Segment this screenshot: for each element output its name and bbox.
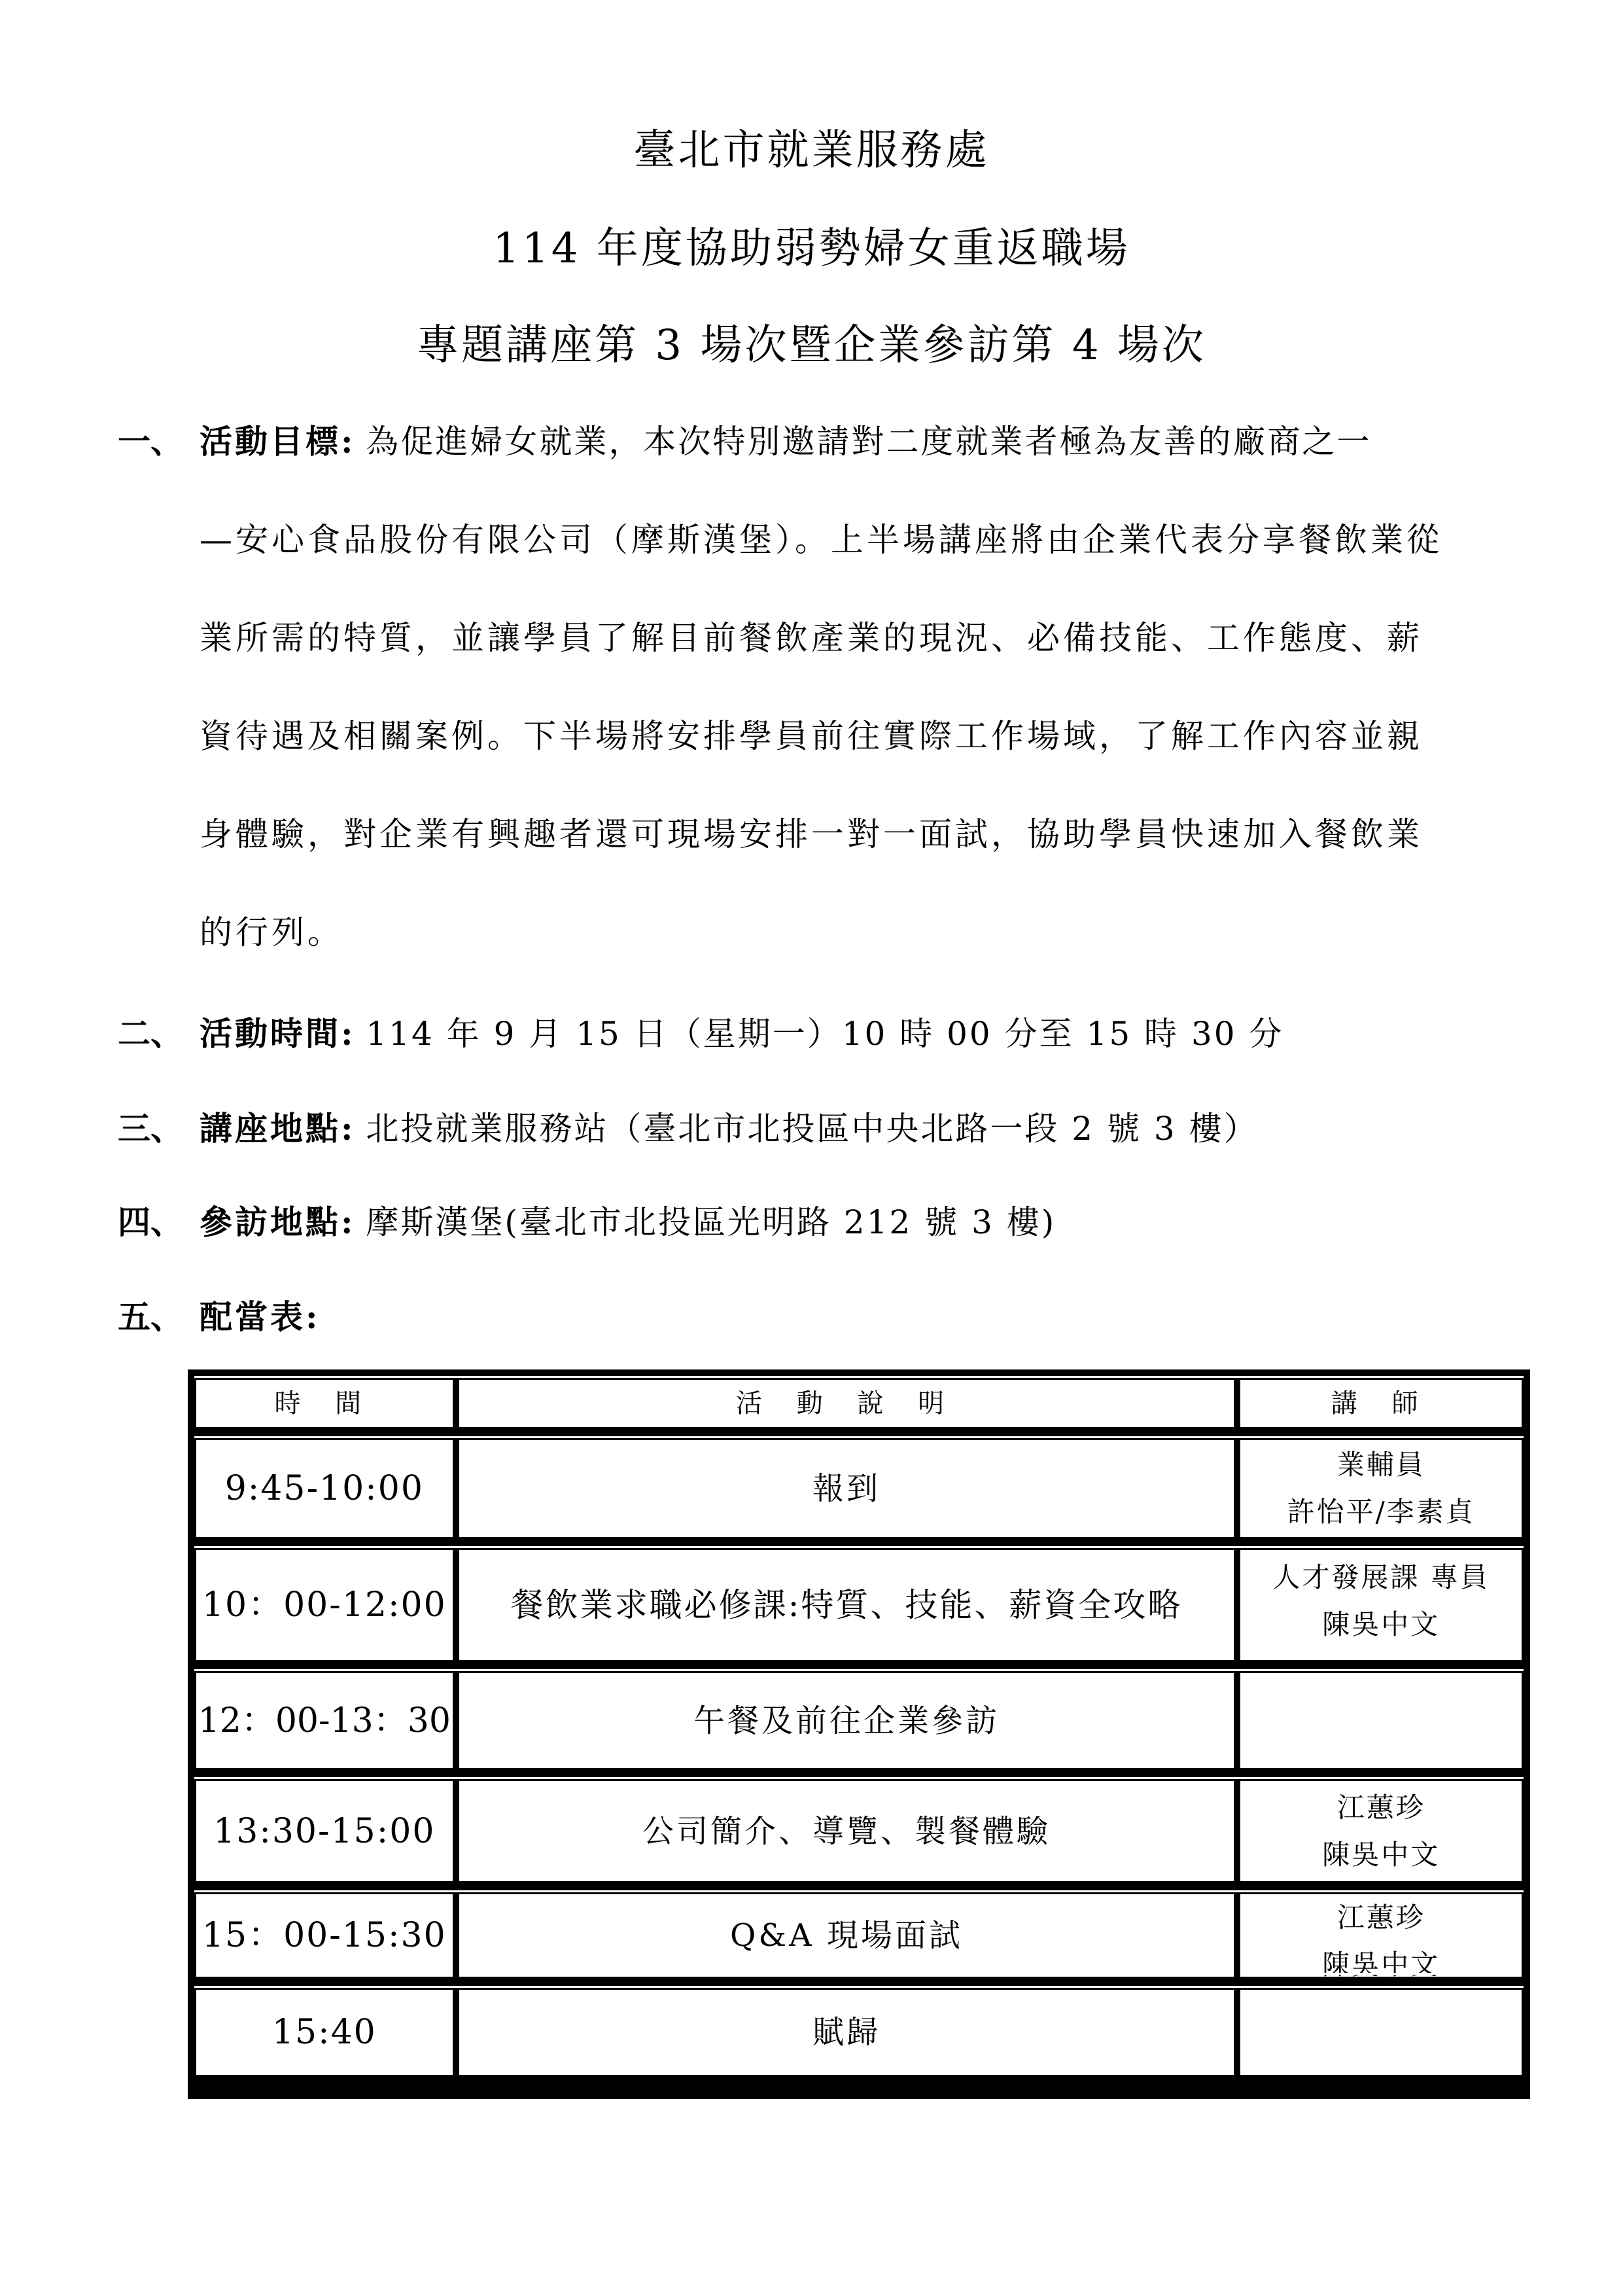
- row-activity: 公司簡介、導覽、製餐體驗: [457, 1779, 1236, 1883]
- section-label: 講座地點:: [200, 1109, 355, 1148]
- event-time-value: 114 年 9 月 15 日（星期一）10 時 00 分至 15 時 30 分: [366, 1015, 1283, 1053]
- header-time: 時 間: [194, 1378, 455, 1429]
- section-label: 活動時間:: [200, 1014, 355, 1053]
- lecturer-line-2: 陳吳中文: [1322, 1831, 1440, 1879]
- lecturer-line-1: 江蕙珍: [1337, 1784, 1425, 1831]
- section-number: 二、: [118, 1011, 200, 1057]
- section-goal: 一、活動目標: 為促進婦女就業，本次特別邀請對二度就業者極為友善的廠商之一: [118, 419, 1371, 465]
- table-row: 9:45-10:00 報到 業輔員 許怡平/李素貞: [194, 1436, 1524, 1548]
- section-schedule: 五、配當表:: [118, 1294, 320, 1340]
- lecture-venue-value: 北投就業服務站（臺北市北投區中央北路一段 2 號 3 樓）: [366, 1110, 1258, 1148]
- org-title: 臺北市就業服務處: [0, 124, 1623, 177]
- row-lecturer: [1238, 1671, 1524, 1770]
- row-time: 15：00-15:30: [194, 1892, 455, 1979]
- row-time: 15:40: [194, 1988, 455, 2077]
- table-row: 15：00-15:30 Q&A 現場面試 江蕙珍 陳吳中文: [194, 1890, 1524, 1988]
- program-title: 114 年度協助弱勢婦女重返職場: [0, 222, 1623, 275]
- goal-line-4: 資待遇及相關案例。下半場將安排學員前往實際工作場域，了解工作內容並親: [200, 713, 1423, 759]
- table-header-row: 時 間 活 動 說 明 講 師: [194, 1376, 1524, 1438]
- row-activity: 報到: [457, 1438, 1236, 1539]
- lecturer-line-2: 陳吳中文: [1322, 1601, 1440, 1648]
- row-time: 9:45-10:00: [194, 1438, 455, 1539]
- schedule-table: 時 間 活 動 說 明 講 師 9:45-10:00 報到 業輔員 許怡平/李素…: [188, 1369, 1530, 2099]
- goal-line-6: 的行列。: [200, 910, 343, 955]
- section-time: 二、活動時間: 114 年 9 月 15 日（星期一）10 時 00 分至 15…: [118, 1011, 1283, 1057]
- row-lecturer: 人才發展課 專員 陳吳中文: [1238, 1548, 1524, 1662]
- lecturer-line-1: 業輔員: [1337, 1441, 1425, 1489]
- row-activity: 賦歸: [457, 1988, 1236, 2077]
- section-label: 活動目標:: [200, 422, 355, 461]
- section-lecture-venue: 三、講座地點: 北投就業服務站（臺北市北投區中央北路一段 2 號 3 樓）: [118, 1106, 1259, 1152]
- row-time: 10：00-12:00: [194, 1548, 455, 1662]
- table-row: 15:40 賦歸: [194, 1986, 1524, 2086]
- event-title: 專題講座第 3 場次暨企業參訪第 4 場次: [0, 319, 1623, 372]
- section-label: 配當表:: [200, 1298, 320, 1336]
- row-lecturer: 業輔員 許怡平/李素貞: [1238, 1438, 1524, 1539]
- visit-venue-value: 摩斯漢堡(臺北市北投區光明路 212 號 3 樓): [366, 1203, 1056, 1241]
- header-activity: 活 動 說 明: [457, 1378, 1236, 1429]
- goal-line-1: 為促進婦女就業，本次特別邀請對二度就業者極為友善的廠商之一: [366, 423, 1371, 461]
- goal-line-5: 身體驗，對企業有興趣者還可現場安排一對一面試，協助學員快速加入餐飲業: [200, 811, 1423, 857]
- table-row: 13:30-15:00 公司簡介、導覽、製餐體驗 江蕙珍 陳吳中文: [194, 1777, 1524, 1892]
- section-number: 三、: [118, 1106, 200, 1152]
- row-lecturer: 江蕙珍 陳吳中文: [1238, 1892, 1524, 1979]
- section-number: 五、: [118, 1294, 200, 1340]
- row-time: 13:30-15:00: [194, 1779, 455, 1883]
- lecturer-line-2: 陳吳中文: [1322, 1941, 1440, 1979]
- lecturer-line-1: 江蕙珍: [1337, 1894, 1425, 1941]
- section-number: 一、: [118, 419, 200, 465]
- lecturer-line-1: 人才發展課 專員: [1273, 1554, 1490, 1601]
- row-time: 12：00-13：30: [194, 1671, 455, 1770]
- section-visit-venue: 四、參訪地點: 摩斯漢堡(臺北市北投區光明路 212 號 3 樓): [118, 1199, 1056, 1245]
- goal-line-3: 業所需的特質，並讓學員了解目前餐飲產業的現況、必備技能、工作態度、薪: [200, 615, 1423, 661]
- row-activity: 午餐及前往企業參訪: [457, 1671, 1236, 1770]
- row-activity: Q&A 現場面試: [457, 1892, 1236, 1979]
- table-row: 12：00-13：30 午餐及前往企業參訪: [194, 1669, 1524, 1779]
- row-activity: 餐飲業求職必修課:特質、技能、薪資全攻略: [457, 1548, 1236, 1662]
- section-number: 四、: [118, 1199, 200, 1245]
- row-lecturer: 江蕙珍 陳吳中文: [1238, 1779, 1524, 1883]
- table-row: 10：00-12:00 餐飲業求職必修課:特質、技能、薪資全攻略 人才發展課 專…: [194, 1546, 1524, 1671]
- lecturer-line-2: 許怡平/李素貞: [1287, 1489, 1475, 1536]
- row-lecturer: [1238, 1988, 1524, 2077]
- header-lecturer: 講 師: [1238, 1378, 1524, 1429]
- goal-line-2: —安心食品股份有限公司（摩斯漢堡）。上半場講座將由企業代表分享餐飲業從: [200, 517, 1442, 563]
- section-label: 參訪地點:: [200, 1203, 355, 1241]
